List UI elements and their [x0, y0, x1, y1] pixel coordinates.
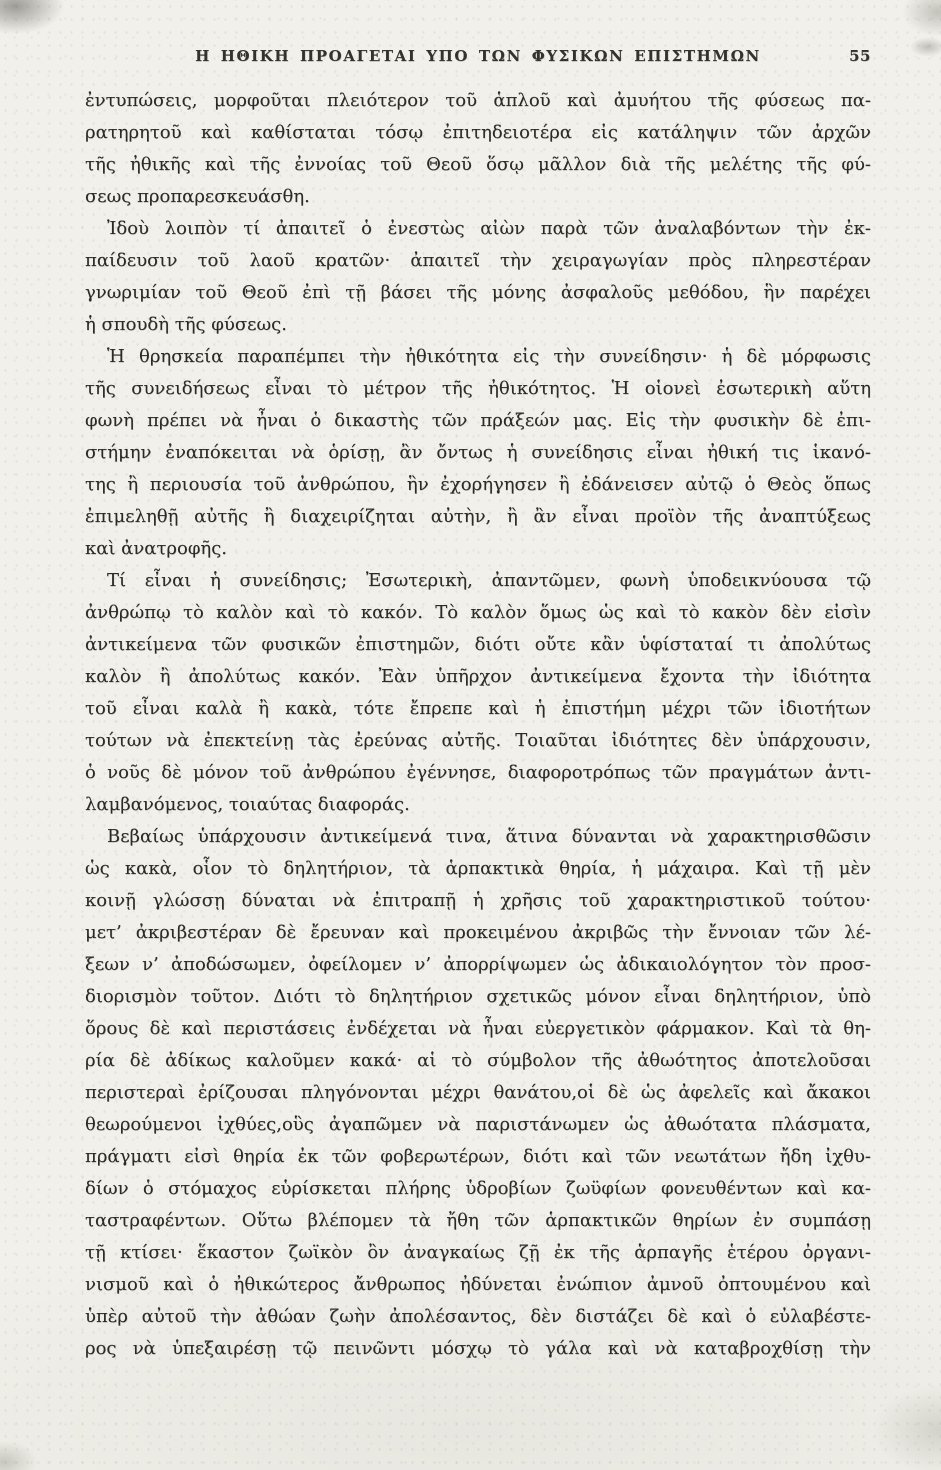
- running-header: Η ΗΘΙΚΗ ΠΡΟΑΓΕΤΑΙ ΥΠΟ ΤΩΝ ΦΥΣΙΚΩΝ ΕΠΙΣΤΗ…: [85, 47, 871, 69]
- text-line: Βεβαίως ὑπάρχουσιν ἀντικείμενά τινα, ἅτι…: [85, 821, 871, 853]
- text-line: ὑπὲρ αὐτοῦ τὴν ἀθώαν ζωὴν ἀπολέσαντος, δ…: [85, 1301, 871, 1333]
- text-line: διορισμὸν τοῦτον. Διότι τὸ δηλητήριον σχ…: [85, 981, 871, 1013]
- text-line: ἡ σπουδὴ τῆς φύσεως.: [85, 309, 871, 341]
- page-number: 55: [849, 47, 871, 65]
- text-line: ρία δὲ ἀδίκως καλοῦμεν κακά· αἱ τὸ σύμβο…: [85, 1045, 871, 1077]
- page-body: ἐντυπώσεις, μορφοῦται πλειότερον τοῦ ἁπλ…: [85, 85, 871, 1365]
- text-line: λαμβανόμενος, τοιαύτας διαφοράς.: [85, 789, 871, 821]
- text-line: τῇ κτίσει· ἕκαστον ζωϊκὸν ὂν ἀναγκαίως ζ…: [85, 1237, 871, 1269]
- text-line: περιστεραὶ ἐρίζουσαι πληγόνονται μέχρι θ…: [85, 1077, 871, 1109]
- text-line: ρατηρητοῦ καὶ καθίσταται τόσῳ ἐπιτηδειοτ…: [85, 117, 871, 149]
- text-line: ὅρους δὲ καὶ περιστάσεις ἐνδέχεται νὰ ἦν…: [85, 1013, 871, 1045]
- page-header-title: Η ΗΘΙΚΗ ΠΡΟΑΓΕΤΑΙ ΥΠΟ ΤΩΝ ΦΥΣΙΚΩΝ ΕΠΙΣΤΗ…: [195, 47, 761, 65]
- text-line: τῆς ἠθικῆς καὶ τῆς ἐννοίας τοῦ Θεοῦ ὅσῳ …: [85, 149, 871, 181]
- text-line: Ἡ θρησκεία παραπέμπει τὴν ἠθικότητα εἰς …: [85, 341, 871, 373]
- text-line: πράγματι εἰσὶ θηρία ἐκ τῶν φοβερωτέρων, …: [85, 1141, 871, 1173]
- text-line: στήμην ἐναπόκειται νὰ ὁρίσῃ, ἂν ὄντως ἡ …: [85, 437, 871, 469]
- text-line: τῆς συνειδήσεως εἶναι τὸ μέτρον τῆς ἠθικ…: [85, 373, 871, 405]
- text-line: καὶ ἀνατροφῆς.: [85, 533, 871, 565]
- text-line: δίων ὁ στόμαχος εὑρίσκεται πλήρης ὑδροβί…: [85, 1173, 871, 1205]
- text-line: σεως προπαρεσκευάσθη.: [85, 181, 871, 213]
- text-line: ξεων ν’ ἀποδώσωμεν, ὀφείλομεν ν’ ἀπορρίψ…: [85, 949, 871, 981]
- text-line: τοῦ εἶναι καλὰ ἢ κακὰ, τότε ἔπρεπε καὶ ἡ…: [85, 693, 871, 725]
- text-line: ἀνθρώπῳ τὸ καλὸν καὶ τὸ κακόν. Τὸ καλὸν …: [85, 597, 871, 629]
- text-line: ταστραφέντων. Οὕτω βλέπομεν τὰ ἤθη τῶν ἁ…: [85, 1205, 871, 1237]
- text-line: γνωριμίαν τοῦ Θεοῦ ἐπὶ τῇ βάσει τῆς μόνη…: [85, 277, 871, 309]
- text-line: ὁ νοῦς δὲ μόνον τοῦ ἀνθρώπου ἐγέννησε, δ…: [85, 757, 871, 789]
- text-line: καλὸν ἢ ἀπολύτως κακόν. Ἐὰν ὑπῆρχον ἀντι…: [85, 661, 871, 693]
- text-line: Τί εἶναι ἡ συνείδησις; Ἐσωτερικὴ, ἀπαντῶ…: [85, 565, 871, 597]
- text-line: ἀντικείμενα τῶν φυσικῶν ἐπιστημῶν, διότι…: [85, 629, 871, 661]
- text-line: κοινῇ γλώσσῃ δύναται νὰ ἐπιτραπῇ ἡ χρῆσι…: [85, 885, 871, 917]
- text-line: της ἢ περιουσία τοῦ ἀνθρώπου, ἣν ἐχορήγη…: [85, 469, 871, 501]
- text-line: θεωρούμενοι ἰχθύες,οὓς ἀγαπῶμεν νὰ παρισ…: [85, 1109, 871, 1141]
- text-line: μετ’ ἀκριβεστέραν δὲ ἔρευναν καὶ προκειμ…: [85, 917, 871, 949]
- text-line: νισμοῦ καὶ ὁ ἠθικώτερος ἄνθρωπος ἠδύνετα…: [85, 1269, 871, 1301]
- scanned-page: Η ΗΘΙΚΗ ΠΡΟΑΓΕΤΑΙ ΥΠΟ ΤΩΝ ΦΥΣΙΚΩΝ ΕΠΙΣΤΗ…: [0, 0, 941, 1470]
- text-line: φωνὴ πρέπει νὰ ἦναι ὁ δικαστὴς τῶν πράξε…: [85, 405, 871, 437]
- text-line: τούτων νὰ ἐπεκτείνῃ τὰς ἐρεύνας αὐτῆς. Τ…: [85, 725, 871, 757]
- text-line: ἐντυπώσεις, μορφοῦται πλειότερον τοῦ ἁπλ…: [85, 85, 871, 117]
- text-line: ὡς κακὰ, οἷον τὸ δηλητήριον, τὰ ἁρπακτικ…: [85, 853, 871, 885]
- text-line: παίδευσιν τοῦ λαοῦ κρατῶν· ἀπαιτεῖ τὴν χ…: [85, 245, 871, 277]
- text-line: Ἰδοὺ λοιπὸν τί ἀπαιτεῖ ὁ ἐνεστὼς αἰὼν πα…: [85, 213, 871, 245]
- text-line: ἐπιμεληθῇ αὐτῆς ἢ διαχειρίζηται αὐτὴν, ἢ…: [85, 501, 871, 533]
- text-line: ρος νὰ ὑπεξαιρέσῃ τῷ πεινῶντι μόσχῳ τὸ γ…: [85, 1333, 871, 1365]
